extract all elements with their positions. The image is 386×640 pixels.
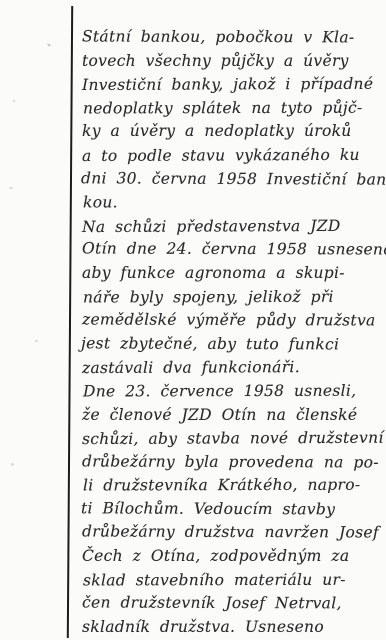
handwritten-line: tovech všechny půjčky a úvěry: [82, 50, 386, 74]
handwritten-line: Na schůzi představenstva JZD: [82, 214, 386, 239]
handwritten-line: zastávali dva funkcionáři.: [82, 356, 386, 381]
handwritten-line: Státní bankou, pobočkou v Kla-: [82, 25, 386, 50]
handwritten-line: a to podle stavu vykázaného ku: [82, 144, 386, 169]
handwritten-line: nedoplatky splátek na tyto půjč-: [83, 96, 386, 120]
handwritten-line: sklad stavebního materiálu ur-: [83, 568, 386, 592]
handwritten-line: Dne 23. července 1958 usnesli,: [83, 379, 386, 403]
paper-speck: [11, 463, 14, 466]
handwritten-line: Otín dne 24. června 1958 usneseno,: [82, 238, 386, 263]
paper-speck: [13, 100, 15, 102]
handwritten-line: li družstevníka Krátkého, napro-: [83, 474, 386, 498]
handwritten-line: drůbežárny byla provedena na po-: [82, 450, 386, 475]
handwritten-line: drůbežárny družstva navržen Josef: [82, 521, 386, 546]
handwritten-line: ky a úvěry a nedoplatky úroků: [82, 120, 386, 144]
handwritten-line: dni 30. června 1958 Investiční ban-: [81, 167, 386, 192]
margin-rule: [67, 6, 73, 638]
handwritten-line: čen družstevník Josef Netrval,: [82, 592, 386, 617]
handwritten-line: Investiční banky, jakož i případné: [82, 73, 386, 98]
handwritten-line: ti Bílochům. Vedoucím stavby: [81, 497, 386, 522]
handwritten-line: kou.: [83, 191, 386, 215]
document-page: Státní bankou, pobočkou v Kla-tovech vše…: [0, 0, 386, 640]
handwriting-block: Státní bankou, pobočkou v Kla-tovech vše…: [82, 26, 386, 639]
paper-speck: [9, 187, 13, 189]
handwritten-line: náře byly spojeny, jelikož při: [83, 285, 386, 309]
handwritten-line: skladník družstva. Usneseno: [82, 616, 386, 640]
handwritten-line: schůzi, aby stavba nové družstevní: [82, 427, 386, 452]
handwritten-line: aby funkce agronoma a skupi-: [82, 262, 386, 286]
paper-speck: [47, 43, 51, 47]
handwritten-line: že členové JZD Otín na členské: [82, 404, 386, 428]
handwritten-line: Čech z Otína, zodpovědným za: [82, 545, 386, 569]
handwritten-line: zemědělské výměře půdy družstva: [82, 309, 386, 334]
handwritten-line: jest zbytečné, aby tuto funkci: [81, 332, 386, 357]
paper-speck: [35, 340, 38, 342]
